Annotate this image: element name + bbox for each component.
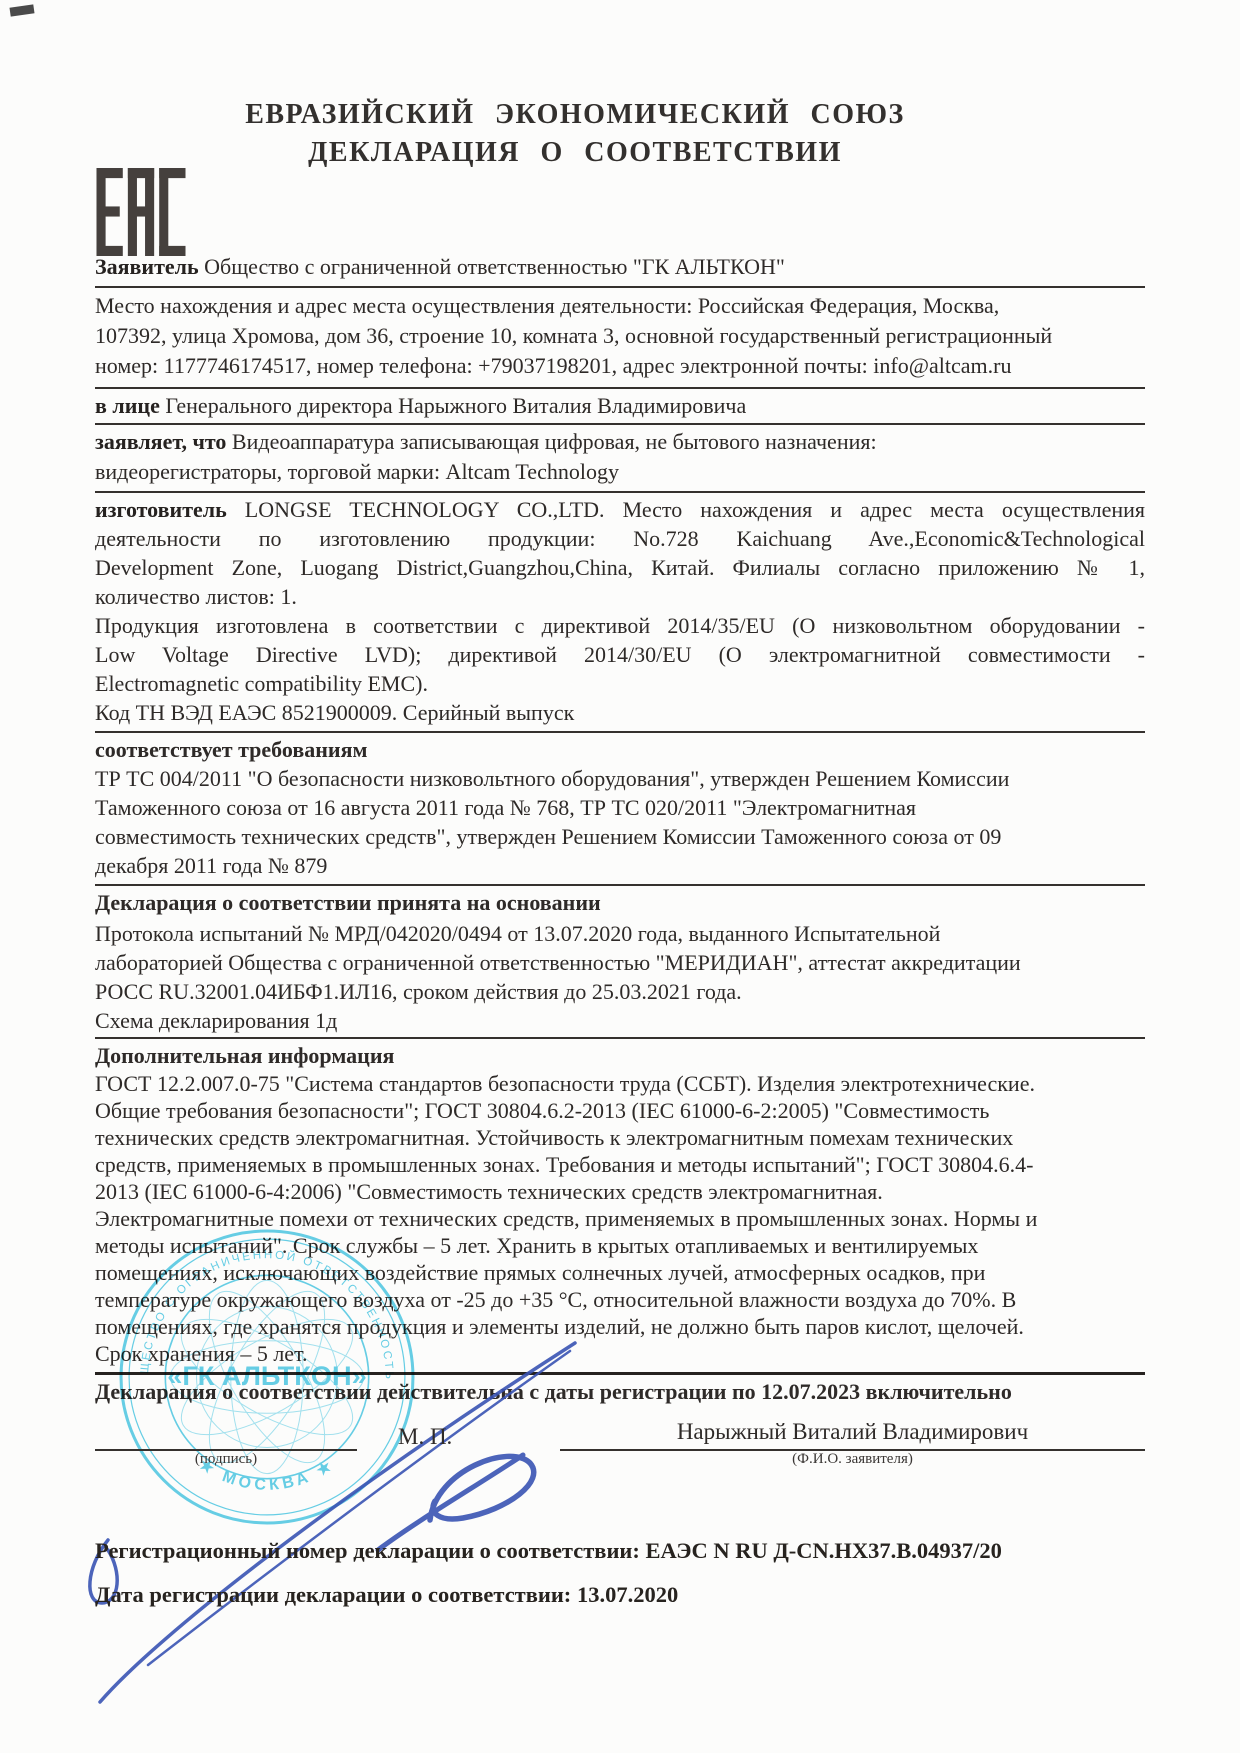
additional-line: Общие требования безопасности"; ГОСТ 308…	[95, 1097, 1145, 1124]
basis-section: Протокола испытаний № МРД/042020/0494 от…	[95, 919, 1145, 1035]
registration-date-label: Дата регистрации декларации о соответств…	[95, 1582, 571, 1607]
basis-header: Декларация о соответствии принята на осн…	[95, 888, 1145, 917]
divider	[95, 423, 1145, 425]
in-person-line: в лице Генерального директора Нарыжного …	[95, 391, 1145, 421]
document-title: ЕВРАЗИЙСКИЙ ЭКОНОМИЧЕСКИЙ СОЮЗ ДЕКЛАРАЦИ…	[95, 96, 1055, 172]
declares-section: заявляет, что Видеоаппаратура записывающ…	[95, 427, 1145, 487]
requirements-section: ТР ТС 004/2011 "О безопасности низковоль…	[95, 764, 1145, 880]
manufacturer-line: Electromagnetic compatibility EMC).	[95, 669, 1145, 698]
name-caption: (Ф.И.О. заявителя)	[560, 1451, 1145, 1468]
signature-ink	[78, 1335, 623, 1727]
divider	[95, 884, 1145, 886]
registration-date-line: Дата регистрации декларации о соответств…	[95, 1582, 1145, 1608]
address-line: Место нахождения и адрес места осуществл…	[95, 291, 1145, 321]
manufacturer-line: Продукция изготовлена в соответствии с д…	[95, 611, 1145, 640]
declaration-document: ЕВРАЗИЙСКИЙ ЭКОНОМИЧЕСКИЙ СОЮЗ ДЕКЛАРАЦИ…	[0, 0, 1240, 1753]
manufacturer-line: изготовитель LONGSE TECHNOLOGY CO.,LTD. …	[95, 495, 1145, 524]
manufacturer-section: изготовитель LONGSE TECHNOLOGY CO.,LTD. …	[95, 495, 1145, 727]
registration-number-line: Регистрационный номер декларации о соотв…	[95, 1538, 1145, 1564]
declares-value: Видеоаппаратура записывающая цифровая, н…	[232, 429, 877, 454]
manufacturer-label: изготовитель	[95, 497, 227, 522]
registration-number-value: ЕАЭС N RU Д-CN.HX37.B.04937/20	[646, 1538, 1002, 1563]
in-person-section: в лице Генерального директора Нарыжного …	[95, 391, 1145, 421]
applicant-line: Заявитель Общество с ограниченной ответс…	[95, 252, 1145, 282]
requirements-line: ТР ТС 004/2011 "О безопасности низковоль…	[95, 764, 1145, 793]
basis-line: Протокола испытаний № МРД/042020/0494 от…	[95, 919, 1145, 948]
additional-line: ГОСТ 12.2.007.0-75 "Система стандартов б…	[95, 1070, 1145, 1097]
basis-line: РОСС RU.32001.04ИБФ1.ИЛ16, сроком действ…	[95, 977, 1145, 1006]
additional-header: Дополнительная информация	[95, 1041, 1145, 1070]
scan-artifact	[9, 4, 34, 16]
manufacturer-value: LONGSE TECHNOLOGY CO.,LTD. Место нахожде…	[245, 497, 1145, 522]
in-person-label: в лице	[95, 393, 160, 418]
divider	[95, 387, 1145, 389]
requirements-header: соответствует требованиям	[95, 735, 1145, 764]
applicant-section: Заявитель Общество с ограниченной ответс…	[95, 252, 1145, 282]
divider	[95, 731, 1145, 733]
divider	[95, 1037, 1145, 1039]
additional-line: средств, применяемых в промышленных зона…	[95, 1151, 1145, 1178]
basis-line: Схема декларирования 1д	[95, 1006, 1145, 1035]
requirements-line: Таможенного союза от 16 августа 2011 год…	[95, 793, 1145, 822]
title-line-1: ЕВРАЗИЙСКИЙ ЭКОНОМИЧЕСКИЙ СОЮЗ	[95, 96, 1055, 134]
eac-logo-icon	[96, 168, 186, 256]
manufacturer-line: Low Voltage Directive LVD); директивой 2…	[95, 640, 1145, 669]
declares-line: видеорегистраторы, торговой марки: Altca…	[95, 457, 1145, 487]
manufacturer-line: количество листов: 1.	[95, 582, 1145, 611]
manufacturer-line: деятельности по изготовлению продукции: …	[95, 524, 1145, 553]
address-section: Место нахождения и адрес места осуществл…	[95, 291, 1145, 381]
sign-area: (подпись)	[95, 1449, 357, 1468]
declarant-name-area: Нарыжный Виталий Владимирович (Ф.И.О. за…	[560, 1418, 1145, 1468]
stamp-place-label: М. П.	[398, 1424, 452, 1450]
additional-line: 2013 (IEC 61000-6-4:2006) "Совместимость…	[95, 1178, 1145, 1205]
divider	[95, 491, 1145, 493]
requirements-line: декабря 2011 года № 879	[95, 851, 1145, 880]
registration-date-value: 13.07.2020	[577, 1582, 678, 1607]
in-person-value: Генерального директора Нарыжного Виталия…	[165, 393, 746, 418]
address-line: номер: 1177746174517, номер телефона: +7…	[95, 351, 1145, 381]
manufacturer-line: Код ТН ВЭД ЕАЭС 8521900009. Серийный вып…	[95, 698, 1145, 727]
declares-label: заявляет, что	[95, 429, 226, 454]
divider	[95, 286, 1145, 288]
applicant-label: Заявитель	[95, 254, 199, 279]
registration-number-label: Регистрационный номер декларации о соотв…	[95, 1538, 640, 1563]
declares-line: заявляет, что Видеоаппаратура записывающ…	[95, 427, 1145, 457]
manufacturer-line: Development Zone, Luogang District,Guang…	[95, 553, 1145, 582]
additional-line: технических средств электромагнитная. Ус…	[95, 1124, 1145, 1151]
declarant-name: Нарыжный Виталий Владимирович	[560, 1418, 1145, 1446]
title-line-2: ДЕКЛАРАЦИЯ О СООТВЕТСТВИИ	[95, 134, 1055, 172]
applicant-value: Общество с ограниченной ответственностью…	[204, 254, 785, 279]
basis-line: лабораторией Общества с ограниченной отв…	[95, 948, 1145, 977]
address-line: 107392, улица Хромова, дом 36, строение …	[95, 321, 1145, 351]
signature-caption: (подпись)	[95, 1451, 357, 1468]
requirements-line: совместимость технических средств", утве…	[95, 822, 1145, 851]
